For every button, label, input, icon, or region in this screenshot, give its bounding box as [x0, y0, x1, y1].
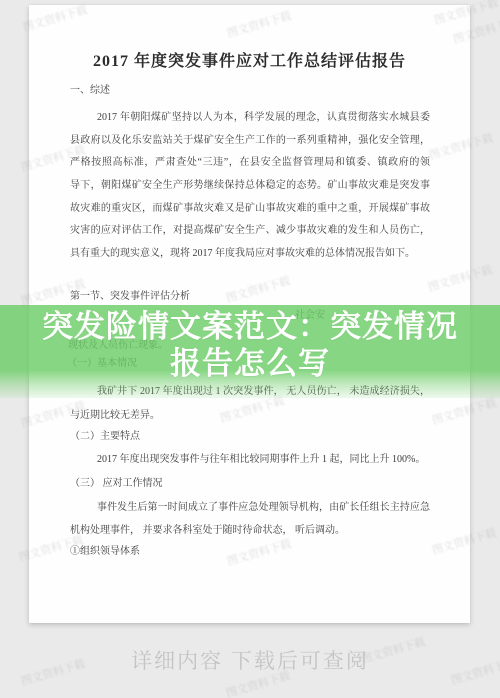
document-line: 2017 年朝阳煤矿坚持以人为本，科学发展的理念，认真贯彻落实水城县委 [70, 110, 430, 127]
document-line: 县政府以及化乐安监站关于煤矿安全生产工作的一系列重精神，强化安全管理， [70, 133, 430, 150]
promo-banner-text: 突发险情文案范文：突发情况 报告怎么写 [0, 309, 500, 383]
document-preview-screen: { "canvas": { "width": 500, "height": 69… [0, 0, 500, 698]
document-line: 导下，朝阳煤矿安全生产形势继续保持总体稳定的态势。矿山事故灾难是突发事 [70, 178, 430, 195]
document-line: 第一节、突发事件评估分析 [70, 289, 430, 306]
document-line: （三） 应对工作情况 [70, 476, 430, 493]
promo-banner-line-1: 突发险情文案范文：突发情况 [0, 309, 500, 346]
promo-banner-overlay: 突发险情文案范文：突发情况 报告怎么写 [0, 305, 500, 398]
document-line: 与近期比较无差异。 [70, 408, 430, 425]
document-line: ①组织领导体系 [70, 544, 430, 561]
document-title: 2017 年度突发事件应对工作总结评估报告 [29, 50, 470, 74]
document-line: （二）主要特点 [70, 429, 430, 446]
promo-banner-line-2: 报告怎么写 [0, 346, 500, 383]
document-line: 严格按照高标准，严肃查处“三违”，在县安全监督管理局和镇委、镇政府的领 [70, 155, 430, 172]
document-line: 2017 年度出现突发事件与往年相比较同期事件上升 1 起，同比上升 100%。 [70, 452, 430, 469]
document-line: 事件发生后第一时间成立了事件应急处理领导机构，由矿长任组长主持应急 [70, 500, 430, 517]
document-line: 具有重大的现实意义，现将 2017 年度我局应对事故灾难的总体情况报告如下。 [70, 246, 430, 263]
footer-caption: 详细内容 下载后可查阅 [0, 648, 500, 676]
document-line: 机构处理事件， 并要求各科室处于随时待命状态， 听后调动。 [70, 523, 430, 540]
document-line: 一、综述 [70, 83, 430, 100]
document-line: 灾害的应对评估工作，对提高煤矿安全生产、减少事故灾难的发生和人员伤亡， [70, 223, 430, 240]
document-line: 故灾难的重灾区，而煤矿事故灾难又是矿山事故灾难的重中之重，开展煤矿事故 [70, 201, 430, 218]
